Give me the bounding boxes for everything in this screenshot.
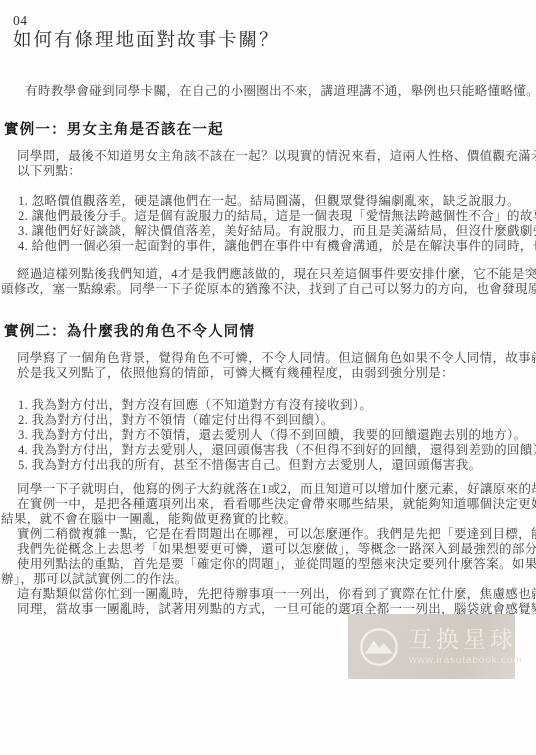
paragraph-line: 在實例一中，是把各種選項列出來，看看哪些決定會帶來哪些結果，就能夠知道哪個決定更… [1, 497, 536, 512]
section1-paragraph-1: 同學問，最後不知道男女主角該不該在一起？以現實的情況來看，這兩人性格、價值觀充滿… [1, 149, 536, 179]
list-item: 4. 給他們一個必須一起面對的事件，讓他們在事件中有機會溝通，於是在解決事件的同… [18, 239, 536, 254]
watermark-text: 互换星球 www.irasutabook.com [409, 626, 523, 667]
paragraph-line: 有時教學會碰到同學卡關，在自己的小圈圈出不來，講道理講不通，舉例也只能略懂略懂。… [1, 84, 536, 99]
page-title: 如何有條理地面對故事卡關？ [13, 30, 280, 53]
section1-paragraph-2: 經過這樣列點後我們知道，4才是我們應該做的，現在只差這個事件要安排什麼，它不能是… [1, 267, 536, 297]
section1-list: 1. 忽略價值觀落差，硬是讓他們在一起。結局圓滿，但觀眾覺得編劇亂來，缺乏說服力… [18, 194, 536, 254]
paragraph-line: 實例二稍微複雜一點，它是在看問題出在哪裡，可以怎麼運作。我們是先把「要達到目標，… [1, 527, 536, 542]
watermark-badge: 互换星球 www.irasutabook.com [348, 614, 515, 679]
watermark-brand: 互换星球 [409, 626, 523, 652]
paragraph-line: 頭修改，塞一點線索。同學一下子從原本的猶豫不決，找到了自己可以努力的方向，也會發… [1, 282, 536, 297]
list-item: 3. 我為對方付出，對方不領情，還去愛別人（得不到回饋，我要的回饋還跑去別的地方… [18, 428, 536, 443]
paragraph-line: 我們先從概念上去思考「如果想要更可憐，還可以怎麼做」，等概念一路深入到最強烈的部… [1, 542, 536, 557]
paragraph-line: 同學問，最後不知道男女主角該不該在一起？以現實的情況來看，這兩人性格、價值觀充滿… [1, 149, 536, 164]
list-item: 2. 我為對方付出，對方不領情（確定付出得不到回饋）。 [18, 413, 536, 428]
section2-paragraph-1: 同學寫了一個角色背景，覺得角色不可憐，不令人同情。但這個角色如果不令人同情，故事… [1, 351, 536, 381]
mountain-logo-icon [358, 626, 400, 668]
list-item: 1. 我為對方付出，對方沒有回應（不知道對方有沒有接收到）。 [18, 398, 536, 413]
list-item: 3. 讓他們好好談談，解決價值落差，美好結局。有說服力，而且是美滿結局，但沒什麼… [18, 224, 536, 239]
intro-paragraph: 有時教學會碰到同學卡關，在自己的小圈圈出不來，講道理講不通，舉例也只能略懂略懂。… [1, 84, 536, 99]
section2-list: 1. 我為對方付出，對方沒有回應（不知道對方有沒有接收到）。 2. 我為對方付出… [18, 398, 536, 473]
section2-closing: 同學一下子就明白，他寫的例子大約就落在1或2，而且知道可以增加什麼元素，好讓原來… [1, 482, 536, 617]
paragraph-line: 結果，就不會在腦中一團亂，能夠做更務實的比較。 [1, 512, 536, 527]
paragraph-line: 同學一下子就明白，他寫的例子大約就落在1或2，而且知道可以增加什麼元素，好讓原來… [1, 482, 536, 497]
page-number: 04 [13, 13, 28, 29]
paragraph-line: 辦」，那可以試試實例二的作法。 [1, 572, 536, 587]
paragraph-line: 使用列點法的重點，首先是要「確定你的問題」，並從問題的型態來決定要列什麼答案。如… [1, 557, 536, 572]
list-item: 4. 我為對方付出，對方去愛別人，還回頭傷害我（不但得不到好的回饋，還得到差勁的… [18, 443, 536, 458]
paragraph-line: 以下列點： [1, 164, 536, 179]
section1-heading: 實例一：男女主角是否該在一起 [4, 121, 224, 139]
paragraph-line: 於是我又列點了，依照他寫的情節，可憐大概有幾種程度，由弱到強分別是： [1, 366, 536, 381]
list-item: 1. 忽略價值觀落差，硬是讓他們在一起。結局圓滿，但觀眾覺得編劇亂來，缺乏說服力… [18, 194, 536, 209]
list-item: 2. 讓他們最後分手。這是個有說服力的結局，這是一個表現「愛情無法跨越個性不合」… [18, 209, 536, 224]
section2-heading: 實例二：為什麼我的角色不令人同情 [4, 323, 255, 341]
paragraph-line: 這有點類似當你忙到一團亂時，先把待辦事項一一列出，你看到了實際在忙什麼，焦慮感也… [1, 587, 536, 602]
watermark-url: www.irasutabook.com [409, 654, 523, 667]
list-item: 5. 我為對方付出我的所有，甚至不惜傷害自己。但對方去愛別人，還回頭傷害我。 [18, 458, 536, 473]
paragraph-line: 經過這樣列點後我們知道，4才是我們應該做的，現在只差這個事件要安排什麼，它不能是… [1, 267, 536, 282]
document-page: 04 如何有條理地面對故事卡關？ 有時教學會碰到同學卡關，在自己的小圈圈出不來，… [0, 0, 536, 755]
paragraph-line: 同學寫了一個角色背景，覺得角色不可憐，不令人同情。但這個角色如果不令人同情，故事… [1, 351, 536, 366]
